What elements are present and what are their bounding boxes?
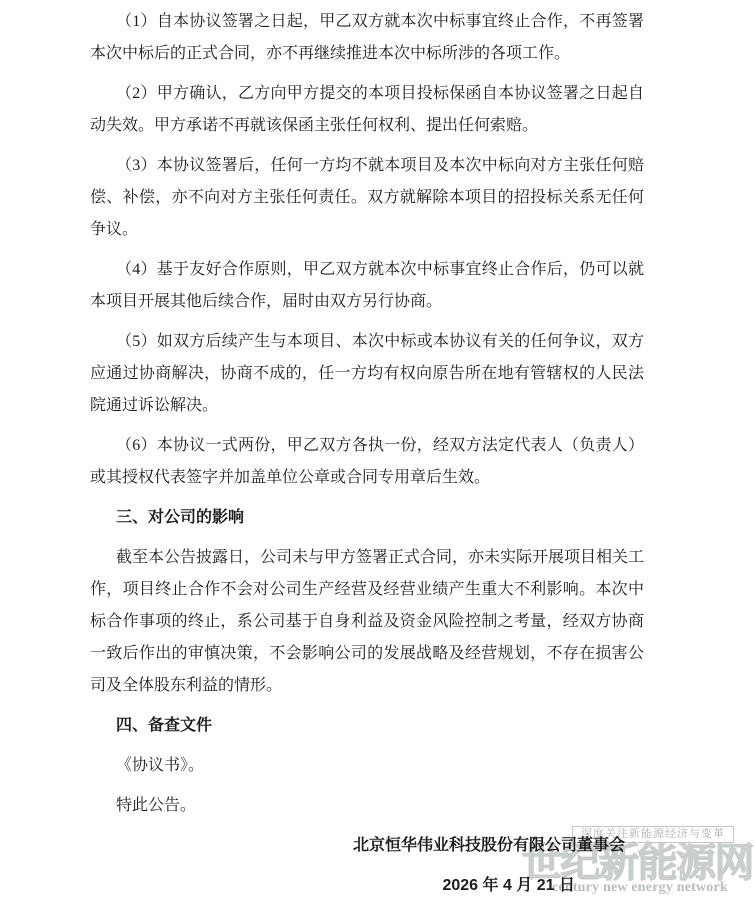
body-paragraph-5: （5）如双方后续产生与本项目、本次中标或本协议有关的任何争议，双方应通过协商解决… — [90, 326, 644, 422]
closing-statement: 特此公告。 — [90, 790, 644, 822]
section-heading-impact: 三、对公司的影响 — [90, 502, 644, 534]
board-signature: 北京恒华伟业科技股份有限公司董事会 — [90, 830, 644, 862]
body-paragraph-4: （4）基于友好合作原则，甲乙双方就本次中标事宜终止合作后，仍可以就本项目开展其他… — [90, 254, 644, 318]
body-paragraph-6: （6）本协议一式两份，甲乙双方各执一份，经双方法定代表人（负责人）或其授权代表签… — [90, 430, 644, 494]
document-content: （1）自本协议签署之日起，甲乙双方就本次中标事宜终止合作，不再签署本次中标后的正… — [0, 0, 754, 901]
body-paragraph-3: （3）本协议签署后，任何一方均不就本项目及本次中标向对方主张任何赔偿、补偿，亦不… — [90, 150, 644, 246]
body-paragraph-2: （2）甲方确认，乙方向甲方提交的本项目投标保函自本协议签署之日起自动失效。甲方承… — [90, 78, 644, 142]
announcement-date: 2026 年 4 月 21 日 — [90, 870, 644, 901]
reference-document-item: 《协议书》。 — [90, 750, 644, 782]
body-paragraph-1: （1）自本协议签署之日起，甲乙双方就本次中标事宜终止合作，不再签署本次中标后的正… — [90, 6, 644, 70]
section-impact-body: 截至本公告披露日，公司未与甲方签署正式合同，亦未实际开展项目相关工作，项目终止合… — [90, 542, 644, 702]
section-heading-reference-documents: 四、备查文件 — [90, 710, 644, 742]
document-page: 深度关注新能源经济与变革 世纪新能源网 century new energy n… — [0, 0, 754, 901]
